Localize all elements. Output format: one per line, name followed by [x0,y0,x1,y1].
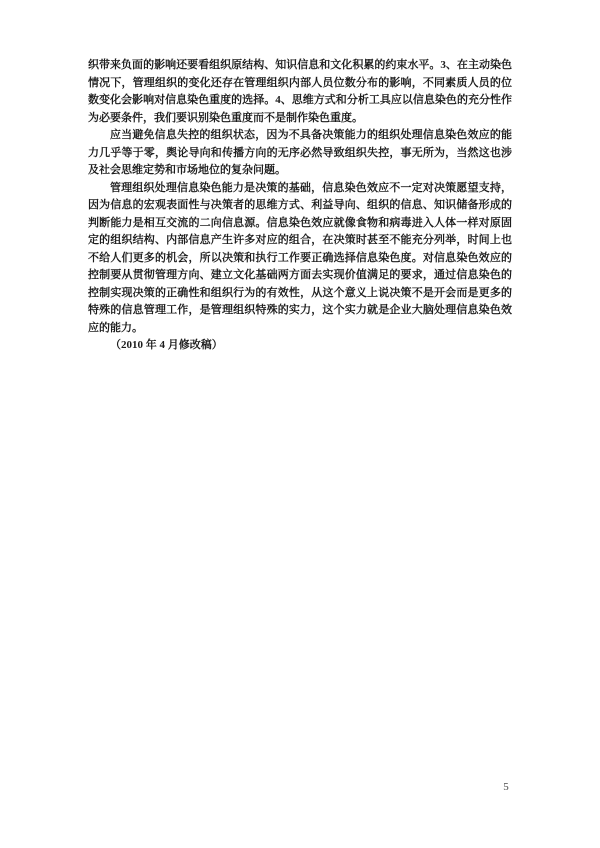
document-page: 织带来负面的影响还要看组织原结构、知识信息和文化积累的约束水平。3、在主动染色情… [0,0,600,848]
paragraph: 管理组织处理信息染色能力是决策的基础，信息染色效应不一定对决策愿望支持，因为信息… [88,180,512,338]
paragraph-continuation: 织带来负面的影响还要看组织原结构、知识信息和文化积累的约束水平。3、在主动染色情… [88,57,512,127]
revision-date: （2010 年 4 月修改稿） [88,337,512,355]
document-body: 织带来负面的影响还要看组织原结构、知识信息和文化积累的约束水平。3、在主动染色情… [88,57,512,355]
page-number: 5 [498,781,514,793]
paragraph: 应当避免信息失控的组织状态，因为不具备决策能力的组织处理信息染色效应的能力几乎等… [88,127,512,180]
